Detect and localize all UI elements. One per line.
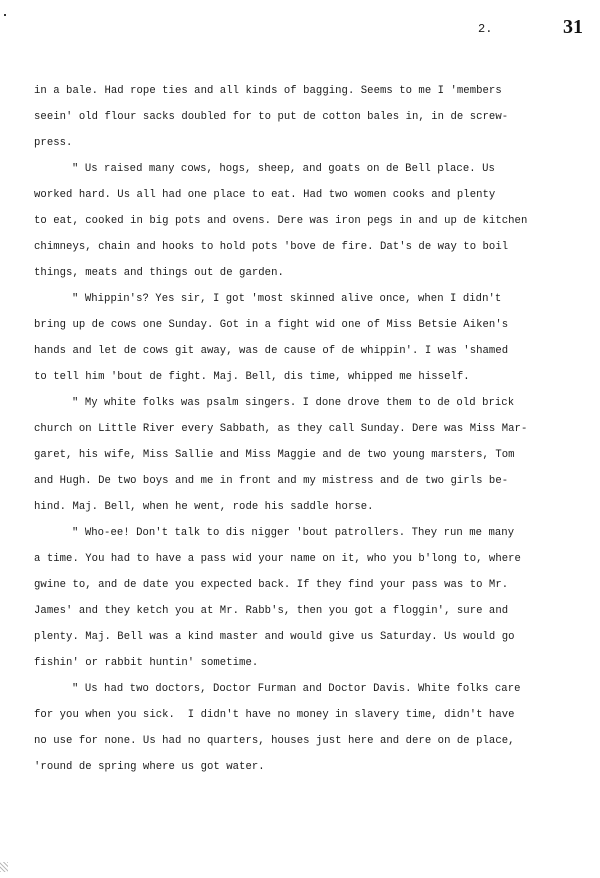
text-line: fishin' or rabbit huntin' sometime. <box>34 650 594 676</box>
text-line: James' and they ketch you at Mr. Rabb's,… <box>34 598 594 624</box>
scan-artifact <box>0 862 8 872</box>
text-line: things, meats and things out de garden. <box>34 260 594 286</box>
text-line: " Who-ee! Don't talk to dis nigger 'bout… <box>34 520 594 546</box>
text-line: no use for none. Us had no quarters, hou… <box>34 728 594 754</box>
text-line: hands and let de cows git away, was de c… <box>34 338 594 364</box>
stray-mark <box>4 14 6 16</box>
text-line: 'round de spring where us got water. <box>34 754 594 780</box>
text-line: " Us raised many cows, hogs, sheep, and … <box>34 156 594 182</box>
text-line: press. <box>34 130 594 156</box>
text-line: garet, his wife, Miss Sallie and Miss Ma… <box>34 442 594 468</box>
text-line: bring up de cows one Sunday. Got in a fi… <box>34 312 594 338</box>
text-line: church on Little River every Sabbath, as… <box>34 416 594 442</box>
text-line: hind. Maj. Bell, when he went, rode his … <box>34 494 594 520</box>
text-line: to tell him 'bout de fight. Maj. Bell, d… <box>34 364 594 390</box>
text-line: " Us had two doctors, Doctor Furman and … <box>34 676 594 702</box>
text-line: for you when you sick. I didn't have no … <box>34 702 594 728</box>
text-line: and Hugh. De two boys and me in front an… <box>34 468 594 494</box>
document-page: 2. 31 in a bale. Had rope ties and all k… <box>0 0 600 878</box>
text-line: gwine to, and de date you expected back.… <box>34 572 594 598</box>
text-line: seein' old flour sacks doubled for to pu… <box>34 104 594 130</box>
text-line: " Whippin's? Yes sir, I got 'most skinne… <box>34 286 594 312</box>
text-line: in a bale. Had rope ties and all kinds o… <box>34 78 594 104</box>
text-line: chimneys, chain and hooks to hold pots '… <box>34 234 594 260</box>
document-body: in a bale. Had rope ties and all kinds o… <box>34 78 594 780</box>
text-line: " My white folks was psalm singers. I do… <box>34 390 594 416</box>
text-line: to eat, cooked in big pots and ovens. De… <box>34 208 594 234</box>
folio-number: 31 <box>563 16 583 39</box>
text-line: worked hard. Us all had one place to eat… <box>34 182 594 208</box>
text-line: a time. You had to have a pass wid your … <box>34 546 594 572</box>
text-line: plenty. Maj. Bell was a kind master and … <box>34 624 594 650</box>
page-number: 2. <box>478 22 492 36</box>
